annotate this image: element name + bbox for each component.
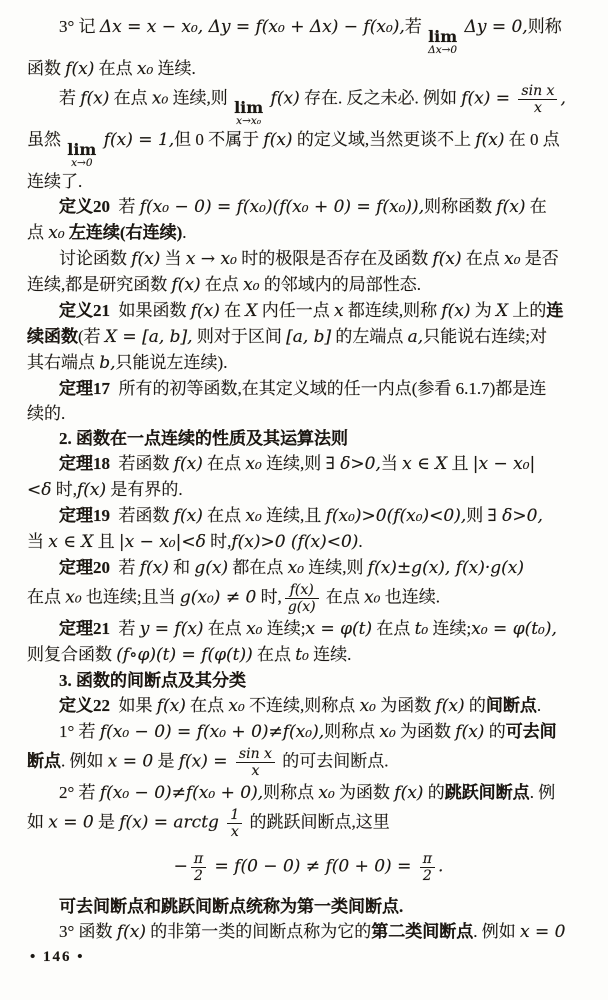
math-expression: x₀ <box>504 249 520 269</box>
text-segment: 1° 若 <box>59 722 100 741</box>
text-segment: 在点 <box>109 88 152 107</box>
math-expression: f(x) <box>174 506 203 526</box>
text-segment: 若函数 <box>110 506 174 525</box>
text-segment: 的定义域,当然更谈不上 <box>293 130 476 149</box>
bold-term: 3. 函数的间断点及其分类 <box>59 671 246 690</box>
text-segment: 若 <box>405 17 426 36</box>
text-segment: 2° 若 <box>59 783 100 802</box>
text-line: 若 f(x) 在点 x₀ 连续,则 limx→x₀ f(x) 存在. 反之未必.… <box>27 82 590 127</box>
text-segment: 则对于区间 <box>193 327 287 346</box>
text-segment: 则称点 <box>263 783 318 802</box>
text-segment: 则 <box>466 506 487 525</box>
text-segment: 也连续;且当 <box>82 588 180 607</box>
text-line: 3° 函数 f(x) 的非第一类的间断点称为它的第二类间断点. 例如 x = 0 <box>27 919 590 945</box>
text-segment: 若 <box>110 197 140 216</box>
page-number: • 146 • <box>30 949 85 966</box>
math-expression: x = 0 <box>108 752 153 772</box>
bold-term: 定理17 <box>59 379 110 398</box>
math-expression: x ∈ X <box>48 532 93 552</box>
math-expression: f(x) <box>263 130 292 150</box>
math-expression: |x − x₀|<δ <box>119 532 206 552</box>
text-line: 定义21 如果函数 f(x) 在 X 内任一点 x 都连续,则称 f(x) 为 … <box>27 298 590 324</box>
text-line: 在点 x₀ 也连续;且当 g(x₀) ≠ 0 时,f(x)g(x) 在点 x₀ … <box>27 581 590 616</box>
text-segment: 如果函数 <box>110 301 191 320</box>
math-expression: x = 0 <box>48 813 93 833</box>
math-expression: x₀ <box>364 588 380 608</box>
bold-term: 跳跃间断点 <box>445 783 530 802</box>
text-segment: 时, <box>256 588 282 607</box>
text-segment: 为函数 <box>335 783 395 802</box>
bold-term: 定理21 <box>59 619 110 638</box>
text-segment: 所有的初等函数,在其定义域的任一内点(参看 6.1.7)都是连 <box>110 379 546 398</box>
text-segment: 当 <box>160 249 186 268</box>
bold-term: 2. 函数在一点连续的性质及其运算法则 <box>59 429 348 448</box>
text-segment: 连续,则 <box>168 88 232 107</box>
text-segment: 在点 <box>322 588 365 607</box>
text-segment: 连续,且 <box>262 506 326 525</box>
fraction-denominator: 2 <box>191 868 206 884</box>
text-segment: 连续,都是研究函数 <box>27 275 172 294</box>
text-segment: 的 <box>423 783 444 802</box>
text-segment: . 例 <box>530 783 556 802</box>
text-line: 1° 若 f(x₀ − 0) = f(x₀ + 0)≠f(x₀),则称点 x₀ … <box>27 719 590 745</box>
math-expression: X = [a, b], <box>105 327 193 347</box>
text-segment: 连续了. <box>27 172 82 191</box>
math-expression: f(x) <box>131 249 160 269</box>
math-expression: X <box>245 301 257 321</box>
limit-subscript: x→0 <box>67 158 96 169</box>
text-line: 3. 函数的间断点及其分类 <box>27 668 590 693</box>
text-segment: 在点 <box>27 588 65 607</box>
text-segment: 虽然 <box>27 130 65 149</box>
text-segment: 在 0 点 <box>504 130 559 149</box>
text-segment: 是 <box>153 752 179 771</box>
math-expression: f(x) <box>80 88 109 108</box>
text-segment: 和 <box>169 558 195 577</box>
math-expression: f(x₀ − 0)≠f(x₀ + 0), <box>100 783 263 803</box>
text-segment: 则称点 <box>324 722 379 741</box>
text-line: 点 x₀ 左连续(右连续). <box>27 220 590 246</box>
fraction: 1x <box>227 807 242 840</box>
text-segment: 如 <box>27 813 48 832</box>
math-expression: x₀ <box>288 558 304 578</box>
math-expression: x₀ <box>243 275 259 295</box>
math-expression: |x − x₀| <box>473 454 536 474</box>
math-expression: f(x) <box>140 558 169 578</box>
fraction-numerator: π <box>191 851 206 868</box>
math-expression: f(x) <box>117 922 146 942</box>
text-segment: 不连续,则称点 <box>245 696 360 715</box>
bold-term: 间断点 <box>486 696 537 715</box>
text-segment: 连续. <box>153 59 196 78</box>
text-segment: 在点 <box>94 59 137 78</box>
text-segment: . <box>182 223 186 242</box>
text-segment: 时, <box>206 532 232 551</box>
math-expression: x₀ <box>245 454 261 474</box>
math-expression: f(x) <box>157 696 186 716</box>
text-segment: 若 <box>59 88 80 107</box>
fraction-denominator: g(x) <box>285 599 319 615</box>
bold-term: 可去间 <box>506 722 557 741</box>
math-expression: f(x₀ − 0) = f(x₀ + 0)≠f(x₀), <box>100 722 324 742</box>
text-segment: 若 <box>110 558 140 577</box>
math-expression: f(x) <box>77 480 106 500</box>
math-expression: . <box>438 857 443 877</box>
math-expression: = f(0 − 0) ≠ f(0 + 0) = <box>209 857 417 877</box>
text-segment: 若 <box>110 619 140 638</box>
math-expression: x₀ <box>379 722 395 742</box>
text-segment: 续的. <box>27 404 65 423</box>
fraction-numerator: π <box>420 851 435 868</box>
text-segment: 的跳跃间断点,这里 <box>245 813 390 832</box>
limit-subscript: x→x₀ <box>234 116 263 127</box>
bold-term: 连 <box>546 301 563 320</box>
text-segment: 则复合函数 <box>27 645 116 664</box>
text-segment: 若函数 <box>110 454 174 473</box>
math-expression: x₀ = φ(t₀), <box>471 619 557 639</box>
fraction: sin xx <box>518 83 557 116</box>
text-segment: 只能说右连续;对 <box>423 327 547 346</box>
text-segment: 在 <box>526 197 547 216</box>
math-expression: ∃ δ>0, <box>488 506 543 526</box>
text-line: 定理17 所有的初等函数,在其定义域的任一内点(参看 6.1.7)都是连 <box>27 376 590 401</box>
fraction-numerator: f(x) <box>285 582 319 599</box>
text-segment: 是有界的. <box>106 480 183 499</box>
text-line: 连续了. <box>27 169 590 194</box>
text-line: 虽然 limx→0 f(x) = 1,但 0 不属于 f(x) 的定义域,当然更… <box>27 127 590 169</box>
text-line: <δ 时,f(x) 是有界的. <box>27 477 590 503</box>
display-formula-line: −π2 = f(0 − 0) ≠ f(0 + 0) = π2. <box>27 850 590 885</box>
math-expression: f(x) <box>475 130 504 150</box>
text-segment: 的非第一类的间断点称为它的 <box>146 922 371 941</box>
text-line: 定理19 若函数 f(x) 在点 x₀ 连续,且 f(x₀)>0(f(x₀)<0… <box>27 503 590 529</box>
math-expression: g(x₀) ≠ 0 <box>180 588 256 608</box>
fraction: π2 <box>420 851 435 884</box>
text-segment: 为 <box>471 301 497 320</box>
text-segment: 其右端点 <box>27 353 99 372</box>
text-segment: 点 <box>27 223 48 242</box>
limit-operator: limx→x₀ <box>234 100 263 127</box>
text-segment: 是否 <box>521 249 559 268</box>
bold-term: 定理19 <box>59 506 110 525</box>
text-segment: 在点 <box>186 696 229 715</box>
text-segment: 为函数 <box>396 722 456 741</box>
math-expression: f(x₀)>0(f(x₀)<0), <box>326 506 467 526</box>
text-line: 其右端点 b,只能说左连续). <box>27 350 590 376</box>
math-expression: f(x) <box>455 722 484 742</box>
text-segment: 内任一点 <box>258 301 335 320</box>
bold-term: 定义20 <box>59 197 110 216</box>
text-line: 讨论函数 f(x) 当 x → x₀ 时的极限是否存在及函数 f(x) 在点 x… <box>27 246 590 272</box>
text-segment: 的左端点 <box>331 327 408 346</box>
text-line: 定义22 如果 f(x) 在点 x₀ 不连续,则称点 x₀ 为函数 f(x) 的… <box>27 693 590 719</box>
math-expression: f(x) <box>394 783 423 803</box>
math-expression: f(x) <box>265 88 300 108</box>
math-expression: X <box>496 301 508 321</box>
page-content: 3° 记 Δx = x − x₀, Δy = f(x₀ + Δx) − f(x₀… <box>0 0 608 945</box>
text-line: 3° 记 Δx = x − x₀, Δy = f(x₀ + Δx) − f(x₀… <box>27 14 590 56</box>
math-expression: x <box>334 301 344 321</box>
text-segment: 也连续. <box>381 588 441 607</box>
text-segment: 但 0 不属于 <box>174 130 263 149</box>
math-expression: x → x₀ <box>186 249 237 269</box>
math-expression: (f∘φ)(t) = f(φ(t)) <box>116 645 253 665</box>
text-segment: . <box>537 696 541 715</box>
textbook-page: 3° 记 Δx = x − x₀, Δy = f(x₀ + Δx) − f(x₀… <box>0 0 608 1000</box>
fraction-denominator: x <box>518 100 557 116</box>
fraction-numerator: sin x <box>518 83 557 100</box>
text-segment: 且 <box>93 532 119 551</box>
fraction-denominator: 2 <box>420 868 435 884</box>
text-segment: 则称 <box>528 17 562 36</box>
text-segment: 且 <box>447 454 473 473</box>
math-expression: x₀ <box>137 59 153 79</box>
text-segment: 都在点 <box>228 558 288 577</box>
text-segment: 则称函数 <box>424 197 496 216</box>
math-expression: x = 0 <box>520 922 565 942</box>
text-segment: 在点 <box>462 249 505 268</box>
text-segment: 时, <box>51 480 77 499</box>
text-segment: . 例如 <box>61 752 108 771</box>
math-expression: f(x) <box>172 275 201 295</box>
text-line: 续的. <box>27 401 590 426</box>
text-line: 当 x ∈ X 且 |x − x₀|<δ 时,f(x)>0 (f(x)<0). <box>27 529 590 555</box>
math-expression: f(x₀ − 0) = f(x₀)(f(x₀ + 0) = f(x₀)), <box>140 197 424 217</box>
math-expression: b, <box>99 353 115 373</box>
bold-term: 断点 <box>27 752 61 771</box>
math-expression: x ∈ X <box>402 454 447 474</box>
math-expression: f(x) = <box>179 752 233 772</box>
math-expression: y = f(x) <box>140 619 204 639</box>
text-segment: 连续,则 <box>262 454 326 473</box>
text-segment: 只能说左连续). <box>116 353 228 372</box>
fraction-numerator: sin x <box>236 746 275 763</box>
text-segment: 在点 <box>204 619 247 638</box>
math-expression: x₀ <box>228 696 244 716</box>
text-line: 连续,都是研究函数 f(x) 在点 x₀ 的邻域内的局部性态. <box>27 272 590 298</box>
math-expression: Δy = 0, <box>459 17 528 37</box>
text-segment: 在点 <box>372 619 415 638</box>
fraction-denominator: x <box>227 824 242 840</box>
fraction-denominator: x <box>236 763 275 779</box>
math-expression: a, <box>408 327 424 347</box>
text-line: 2. 函数在一点连续的性质及其运算法则 <box>27 426 590 451</box>
math-expression: f(x)>0 (f(x)<0) <box>231 532 358 552</box>
text-segment: 如果 <box>110 696 157 715</box>
math-expression: ∃ δ>0, <box>326 454 381 474</box>
text-segment: 当 <box>381 454 402 473</box>
math-expression: f(x) = arctg <box>119 813 224 833</box>
text-segment: 为函数 <box>376 696 436 715</box>
math-expression: x₀ <box>48 223 64 243</box>
text-segment: 讨论函数 <box>59 249 131 268</box>
bold-term: 定义22 <box>59 696 110 715</box>
bold-term: 可去间断点和跳跃间断点统称为第一类间断点. <box>59 897 403 916</box>
math-expression: g(x) <box>194 558 228 578</box>
bold-term: 定义21 <box>59 301 110 320</box>
text-line: 则复合函数 (f∘φ)(t) = f(φ(t)) 在点 t₀ 连续. <box>27 642 590 668</box>
text-segment: 在点 <box>201 275 244 294</box>
limit-subscript: Δx→0 <box>428 45 457 56</box>
text-line: 2° 若 f(x₀ − 0)≠f(x₀ + 0),则称点 x₀ 为函数 f(x)… <box>27 780 590 806</box>
math-expression: x₀ <box>246 619 262 639</box>
text-segment: 连续; <box>428 619 471 638</box>
math-expression: f(x) = <box>461 88 515 108</box>
text-segment: . <box>358 532 362 551</box>
text-segment: 3° 记 <box>59 17 100 36</box>
text-line: 定义20 若 f(x₀ − 0) = f(x₀)(f(x₀ + 0) = f(x… <box>27 194 590 220</box>
text-segment: 时的极限是否存在及函数 <box>237 249 433 268</box>
math-expression: x₀ <box>360 696 376 716</box>
math-expression: x₀ <box>152 88 168 108</box>
math-expression: f(x) <box>432 249 461 269</box>
bold-term: 第二类间断点 <box>371 922 473 941</box>
text-segment: 在 <box>220 301 246 320</box>
text-segment: 连续; <box>262 619 305 638</box>
fraction: f(x)g(x) <box>285 582 319 615</box>
text-segment: 在点 <box>253 645 296 664</box>
limit-word: lim <box>67 142 96 158</box>
text-segment: 是 <box>94 813 120 832</box>
math-expression: x₀ <box>245 506 261 526</box>
text-segment: 当 <box>27 532 48 551</box>
math-expression: f(x) <box>496 197 525 217</box>
math-expression: f(x) <box>435 696 464 716</box>
math-expression: f(x) <box>65 59 94 79</box>
text-line: 函数 f(x) 在点 x₀ 连续. <box>27 56 590 82</box>
math-expression: f(x) <box>191 301 220 321</box>
text-segment: 连续,则 <box>304 558 368 577</box>
bold-term: 定理18 <box>59 454 110 473</box>
text-line: 续函数(若 X = [a, b], 则对于区间 [a, b] 的左端点 a,只能… <box>27 324 590 350</box>
text-segment: 在点 <box>203 506 246 525</box>
bold-term: 左连续(右连续) <box>69 223 182 242</box>
text-segment: 的可去间断点. <box>278 752 389 771</box>
fraction-numerator: 1 <box>227 807 242 824</box>
math-expression: x₀ <box>318 783 334 803</box>
text-segment: 都连续,则称 <box>344 301 442 320</box>
math-expression: f(x) <box>441 301 470 321</box>
text-segment: 连续. <box>309 645 352 664</box>
text-segment: 在点 <box>203 454 246 473</box>
limit-word: lim <box>234 100 263 116</box>
text-line: 定理18 若函数 f(x) 在点 x₀ 连续,则 ∃ δ>0,当 x ∈ X 且… <box>27 451 590 477</box>
math-expression: [a, b] <box>286 327 331 347</box>
text-line: 定理21 若 y = f(x) 在点 x₀ 连续;x = φ(t) 在点 t₀ … <box>27 616 590 642</box>
limit-word: lim <box>428 29 457 45</box>
math-expression: f(x)±g(x), f(x)·g(x) <box>368 558 524 578</box>
text-segment: (若 <box>78 327 105 346</box>
text-line: 如 x = 0 是 f(x) = arctg 1x 的跳跃间断点,这里 <box>27 806 590 841</box>
text-segment: 3° 函数 <box>59 922 117 941</box>
math-expression: Δx = x − x₀, Δy = f(x₀ + Δx) − f(x₀), <box>100 17 405 37</box>
math-expression: − <box>174 857 188 877</box>
text-segment: 函数 <box>27 59 65 78</box>
bold-term: 续函数 <box>27 327 78 346</box>
math-expression: <δ <box>27 480 51 500</box>
fraction: sin xx <box>236 746 275 779</box>
fraction: π2 <box>191 851 206 884</box>
math-expression: , <box>560 88 565 108</box>
limit-operator: limx→0 <box>67 142 96 169</box>
math-expression: x = φ(t) <box>305 619 372 639</box>
text-segment: 的 <box>465 696 486 715</box>
math-expression: x₀ <box>65 588 81 608</box>
text-segment: 的邻域内的局部性态. <box>260 275 422 294</box>
text-line: 可去间断点和跳跃间断点统称为第一类间断点. <box>27 894 590 919</box>
text-line: 断点. 例如 x = 0 是 f(x) = sin xx 的可去间断点. <box>27 745 590 780</box>
math-expression: f(x) <box>174 454 203 474</box>
limit-operator: limΔx→0 <box>428 29 457 56</box>
text-segment: . 例如 <box>473 922 520 941</box>
bold-term: 定理20 <box>59 558 110 577</box>
text-line: 定理20 若 f(x) 和 g(x) 都在点 x₀ 连续,则 f(x)±g(x)… <box>27 555 590 581</box>
math-expression: f(x) = 1, <box>98 130 174 150</box>
text-segment: 存在. 反之未必. 例如 <box>300 88 462 107</box>
text-segment: 上的 <box>508 301 546 320</box>
math-expression: t₀ <box>295 645 309 665</box>
text-segment: 的 <box>484 722 505 741</box>
math-expression: t₀ <box>415 619 429 639</box>
